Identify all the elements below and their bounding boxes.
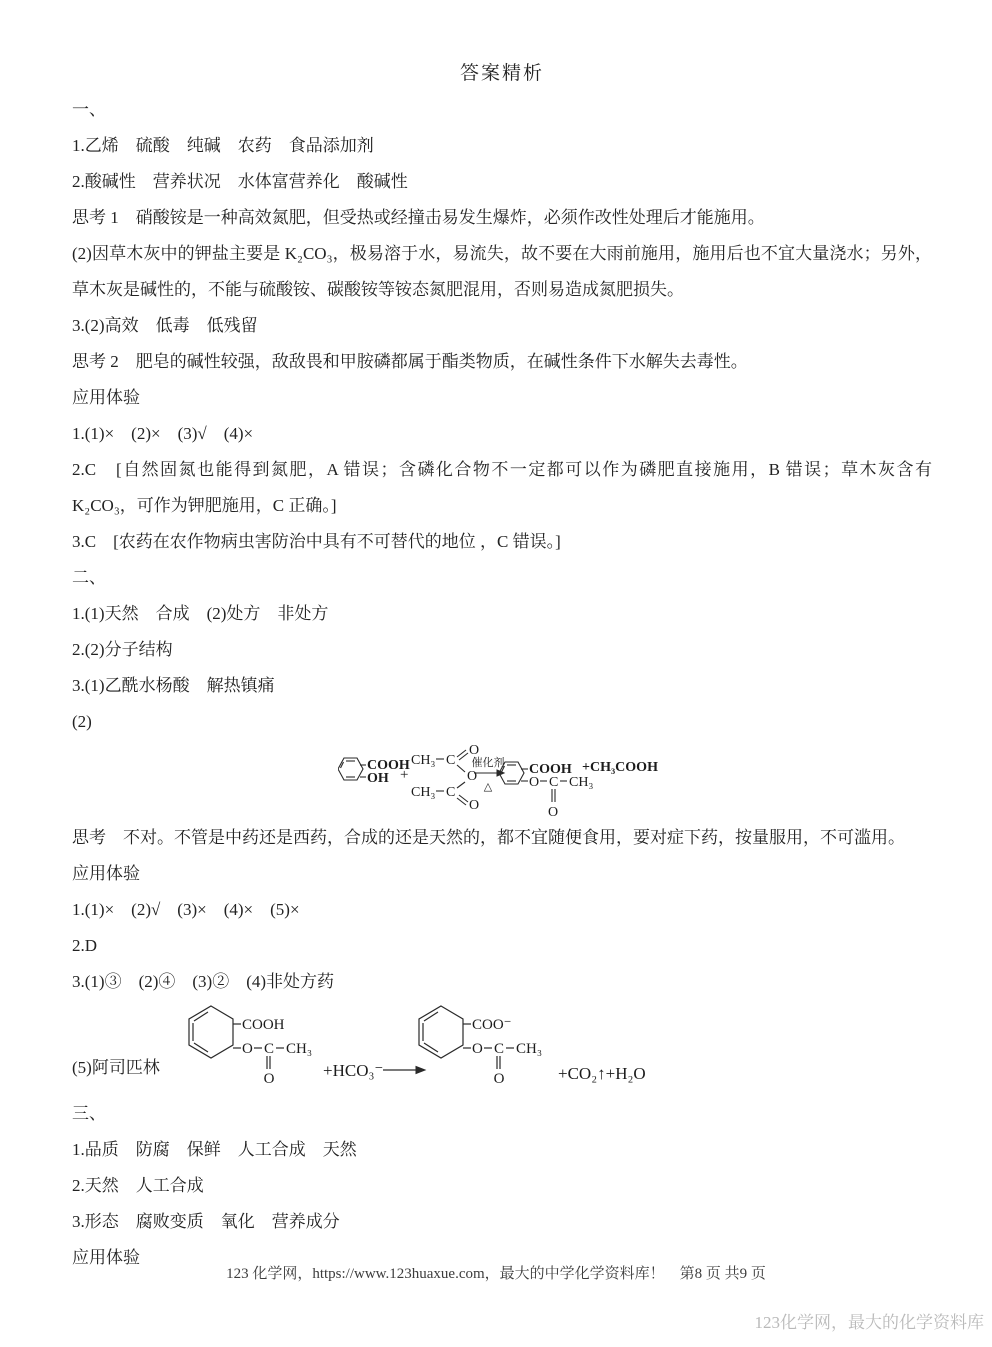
coo-anion-label: COO⁻ xyxy=(472,1017,512,1033)
aspirin-synthesis-structure: COOH OH + CH₃ C O O CH₃ C O xyxy=(338,740,658,820)
aspirin-bicarbonate-equation: (5)阿司匹林 COOH O C CH₃ xyxy=(72,1000,932,1096)
answer-line: 3.(1)③ (2)④ (3)② (4)非处方药 xyxy=(72,964,932,1000)
apply-heading: 应用体验 xyxy=(72,380,932,416)
aspirin-bicarbonate-structure: COOH O C CH₃ O +HCO₃⁻ xyxy=(185,1000,685,1096)
answer-line: 3.(2)高效 低毒 低残留 xyxy=(72,308,932,344)
answer-line: 2.(2)分子结构 xyxy=(72,632,932,668)
aspirin-answer-label: (5)阿司匹林 xyxy=(72,1050,185,1096)
salicylic-acid-structure xyxy=(338,758,366,780)
c-label: C xyxy=(446,753,455,768)
ch3-label: CH₃ xyxy=(411,785,435,800)
answer-line: 3.(1)乙酰水杨酸 解热镇痛 xyxy=(72,668,932,704)
think2-line: 思考 2 肥皂的碱性较强，敌敌畏和甲胺磷都属于酯类物质，在碱性条件下水解失去毒性… xyxy=(72,344,932,380)
ch3-label: CH₃ xyxy=(516,1041,542,1057)
co2-h2o-products-label: +CO₂↑+H₂O xyxy=(558,1064,646,1083)
think1-line: 思考 1 硝酸铵是一种高效氮肥，但受热或经撞击易发生爆炸，必须作改性处理后才能施… xyxy=(72,200,932,236)
answer-line: 1.品质 防腐 保鲜 人工合成 天然 xyxy=(72,1132,932,1168)
answer-line: (2) xyxy=(72,704,932,740)
answer-line: 2.酸碱性 营养状况 水体富营养化 酸碱性 xyxy=(72,164,932,200)
section2-heading: 二、 xyxy=(72,560,932,596)
catalyst-label: 催化剂 xyxy=(472,755,505,769)
acetic-acid-byproduct-label: +CH₃COOH xyxy=(582,760,658,775)
page-title: 答案精析 xyxy=(72,56,932,92)
acetic-anhydride-structure: CH₃ C O O CH₃ C O xyxy=(411,743,479,813)
answer-line: 2.天然 人工合成 xyxy=(72,1168,932,1204)
answer-line: 2.D xyxy=(72,928,932,964)
think-line: 思考 不对。不管是中药还是西药，合成的还是天然的，都不宜随便食用，要对症下药，按… xyxy=(72,820,932,856)
answer-line: 3.C [农药在农作物病虫害防治中具有不可替代的地位 ，C 错误。] xyxy=(72,524,932,560)
o-label: O xyxy=(469,743,479,758)
c-label: C xyxy=(494,1041,504,1057)
bicarbonate-reagent-label: +HCO₃⁻ xyxy=(323,1061,383,1080)
o-label: O xyxy=(472,1041,483,1057)
aspirin-structure: COOH O C CH₃ O xyxy=(189,1006,312,1087)
plus-sign: + xyxy=(400,767,408,783)
aspirin-anion-structure: COO⁻ O C CH₃ O xyxy=(419,1006,542,1087)
judge-answers-line: 1.(1)× (2)√ (3)× (4)× (5)× xyxy=(72,892,932,928)
aspirin-product-structure: COOH O C CH₃ O xyxy=(499,762,593,820)
o-label: O xyxy=(529,775,539,790)
cooh-label: COOH xyxy=(242,1017,285,1033)
c-label: C xyxy=(264,1041,274,1057)
ch3-label: CH₃ xyxy=(286,1041,312,1057)
answer-sheet-page: 答案精析 一、 1.乙烯 硫酸 纯碱 农药 食品添加剂 2.酸碱性 营养状况 水… xyxy=(0,0,992,1347)
answer-line: (2)因草木灰中的钾盐主要是 K₂CO₃，极易溶于水，易流失，故不要在大雨前施用… xyxy=(72,236,932,308)
answer-line: 3.形态 腐败变质 氧化 营养成分 xyxy=(72,1204,932,1240)
section1-heading: 一、 xyxy=(72,92,932,128)
c-label: C xyxy=(549,775,558,790)
answer-line: 1.(1)天然 合成 (2)处方 非处方 xyxy=(72,596,932,632)
reaction-arrow xyxy=(383,1067,425,1074)
ch3-label: CH₃ xyxy=(569,775,593,790)
site-watermark: 123化学网，最大的化学资料库 xyxy=(755,1308,985,1333)
ch3-label: CH₃ xyxy=(411,753,435,768)
section3-heading: 三、 xyxy=(72,1096,932,1132)
apply-heading: 应用体验 xyxy=(72,856,932,892)
delta-heat-label: △ xyxy=(484,781,493,793)
o-label: O xyxy=(548,805,558,820)
o-label: O xyxy=(469,798,479,813)
o-label: O xyxy=(242,1041,253,1057)
o-label: O xyxy=(494,1071,505,1087)
answer-line: 2.C [自然固氮也能得到氮肥，A 错误；含磷化合物不一定都可以作为磷肥直接施用… xyxy=(72,452,932,524)
judge-answers-line: 1.(1)× (2)× (3)√ (4)× xyxy=(72,416,932,452)
aspirin-synthesis-equation: COOH OH + CH₃ C O O CH₃ C O xyxy=(338,740,932,820)
c-label: C xyxy=(446,785,455,800)
answer-line: 1.乙烯 硫酸 纯碱 农药 食品添加剂 xyxy=(72,128,932,164)
page-footer: 123 化学网，https://www.123huaxue.com，最大的中学化… xyxy=(0,1262,992,1283)
o-label: O xyxy=(264,1071,275,1087)
oh-label: OH xyxy=(367,771,389,786)
o-label: O xyxy=(467,769,477,784)
